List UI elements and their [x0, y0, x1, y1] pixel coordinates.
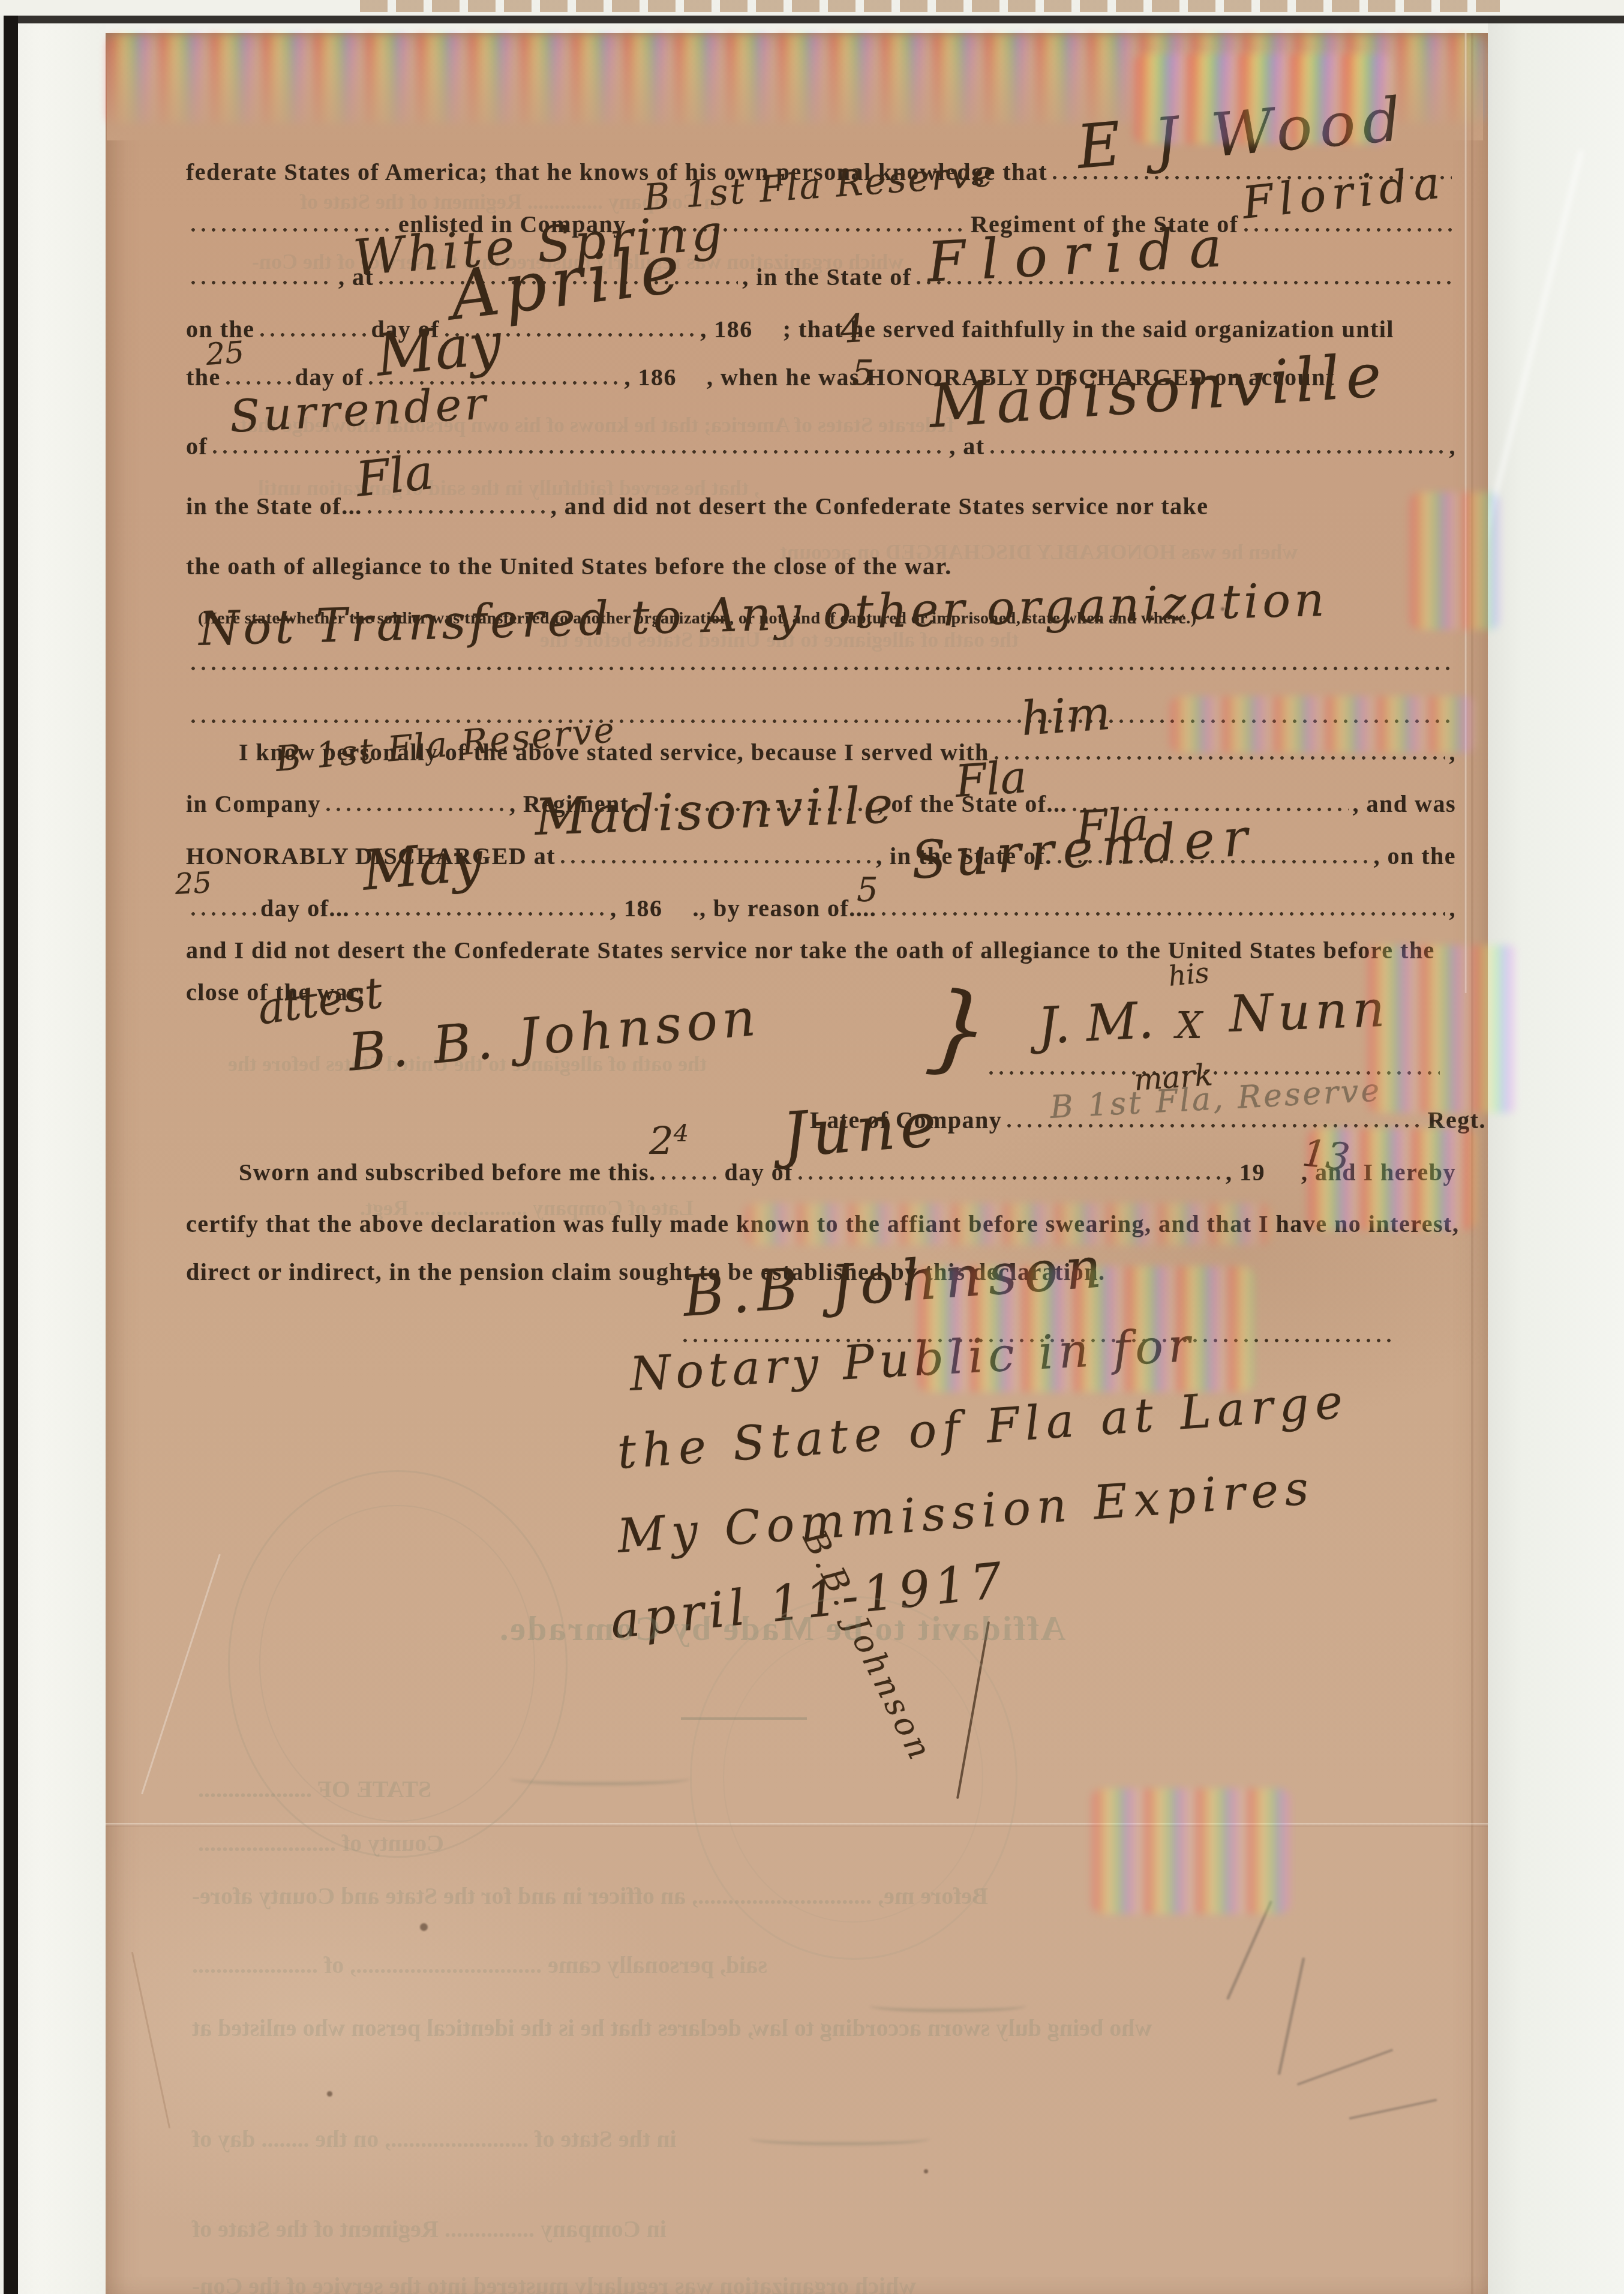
bleed-scrawl [510, 1770, 690, 1785]
printed-text: , [1449, 895, 1457, 922]
dotted-leader [367, 508, 547, 515]
hw-discharge-day: 25 [205, 337, 245, 370]
hw-sworn-day-superscript: 4 [674, 1120, 689, 1147]
holographic-patch [918, 1266, 1254, 1392]
dotted-leader [225, 379, 291, 386]
holographic-patch [1410, 492, 1500, 630]
printed-text: , 186 [624, 364, 677, 391]
form-line-16: and I did not desert the Confederate Sta… [186, 937, 1456, 964]
holographic-patch [1092, 1788, 1290, 1914]
bleed-heading-divider [681, 1717, 807, 1720]
frame-top-line [13, 16, 1624, 23]
frame-left-bar [4, 16, 18, 2294]
bleed-line-before-me: Before me, .............................… [192, 1884, 988, 1908]
hw-state-2: Florida [926, 219, 1239, 290]
printed-text: in the State of... [186, 493, 362, 520]
hw-discharge-year-digit-2: 5 [857, 874, 878, 907]
embossed-seal-left-inner [259, 1505, 535, 1822]
bleed-heading: Affidavit to be Made by Comrade. [498, 1611, 1066, 1646]
printed-text: , 186 [700, 316, 753, 343]
hw-sworn-day: 24 [649, 1122, 689, 1161]
dotted-leader [881, 910, 1445, 917]
film-sleeve-right [1488, 16, 1624, 2294]
hw-served-with: him [1020, 690, 1112, 743]
ink-speck [1221, 607, 1224, 611]
bleed-line-personally-came: said, personally came ..................… [192, 1953, 767, 1977]
hw-state-3: Fla [354, 448, 436, 504]
hw-sworn-day-main: 2 [649, 1120, 674, 1164]
printed-text: , 19 [1226, 1159, 1265, 1186]
hw-state-4: Fla [954, 755, 1028, 804]
holographic-patch [1170, 696, 1476, 753]
printed-text: ; that he served faithfully in the said … [783, 316, 1394, 343]
printed-text: , in the State of [742, 264, 911, 291]
printed-text: Sworn and subscribed before me this. [239, 1159, 656, 1186]
ink-speck [327, 2091, 332, 2097]
holographic-patch [1308, 1128, 1476, 1230]
printed-text: day of [725, 1159, 794, 1186]
dotted-leader [989, 448, 1445, 455]
dotted-leader [661, 1174, 721, 1182]
bleed-line-swears: who being duly sworn according to law, d… [192, 2016, 1152, 2040]
bleed-line-state-of: STATE OF ................... [198, 1777, 431, 1801]
printed-text: in Company [186, 791, 321, 818]
dotted-leader [212, 448, 945, 455]
dotted-leader [354, 910, 606, 917]
dotted-leader [259, 331, 367, 338]
paper-top-edge [360, 0, 1500, 12]
ink-speck [924, 2169, 928, 2173]
bleed-line-county-of: County of ....................... [198, 1831, 444, 1855]
printed-text: , and was [1353, 791, 1456, 818]
printed-text: , and did not desert the Confederate Sta… [551, 493, 1209, 520]
dotted-leader [560, 858, 872, 865]
printed-text: , 186 [610, 895, 663, 922]
dotted-leader [993, 754, 1445, 761]
hw-discharge-month-2: May [360, 833, 485, 899]
embossed-seal-center-inner [723, 1632, 983, 1923]
printed-text: and I did not desert the Confederate Sta… [186, 937, 1435, 964]
ink-speck [420, 1923, 428, 1931]
hw-discharge-year-digit: 5 [852, 355, 874, 390]
hw-enlist-year-digit: 4 [839, 310, 866, 349]
hw-his-label: his [1167, 958, 1210, 990]
scanned-document: in Company .............. Regiment of th… [0, 0, 1624, 2294]
hw-affiant-initials: J. M. [1037, 995, 1155, 1051]
dotted-leader [190, 279, 334, 286]
dotted-leader [325, 806, 505, 813]
hw-discharge-place-2: Madisonville [534, 779, 897, 842]
dotted-leader [190, 665, 1452, 672]
bleed-scrawl [750, 2130, 930, 2145]
bleed-line-in-state-on: in the State of .......................,… [192, 2127, 677, 2151]
printed-text: , [1449, 433, 1457, 460]
hw-affiant-surname: Nunn [1228, 983, 1391, 1039]
printed-text: , on the [1373, 843, 1456, 870]
answer-rule [186, 665, 1456, 677]
printed-text: of [186, 433, 208, 460]
printed-text: the oath of allegiance to the United Sta… [186, 553, 952, 580]
printed-text: ., by reason of.... [693, 895, 877, 922]
bleed-scrawl [870, 1998, 1026, 2012]
hw-discharge-month: May [373, 314, 505, 385]
holographic-patch [1134, 54, 1392, 144]
hw-discharge-day-2: 25 [174, 868, 212, 899]
bleed-line-mustered: which organization was regularly mustere… [192, 2274, 916, 2294]
hw-sworn-month: June [781, 1094, 943, 1167]
dotted-leader [190, 910, 256, 917]
hw-discharge-reason: Surrender [229, 381, 490, 439]
hw-x-mark: X [1176, 1007, 1202, 1044]
holographic-patch [1368, 945, 1518, 1113]
dotted-leader [1243, 226, 1452, 233]
holographic-patch [744, 1203, 1272, 1245]
hw-brace: } [923, 977, 993, 1079]
dotted-leader [797, 1174, 1221, 1182]
bleed-line-in-company: in Company ............... Regiment of t… [192, 2217, 667, 2241]
printed-text: day of... [260, 895, 350, 922]
